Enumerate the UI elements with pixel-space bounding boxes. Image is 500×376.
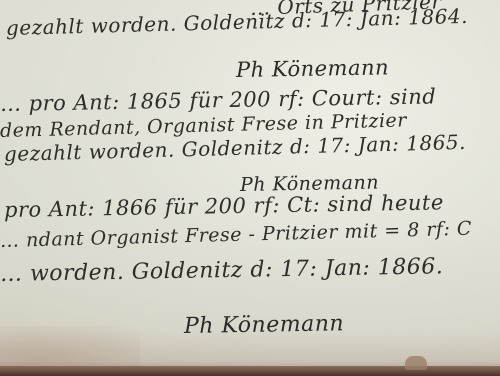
paper-stain [0, 326, 140, 366]
entry-1866-signature: Ph Könemann [184, 311, 344, 339]
background-object [405, 356, 427, 370]
entry-1864-signature: Ph Könemann [236, 55, 389, 82]
